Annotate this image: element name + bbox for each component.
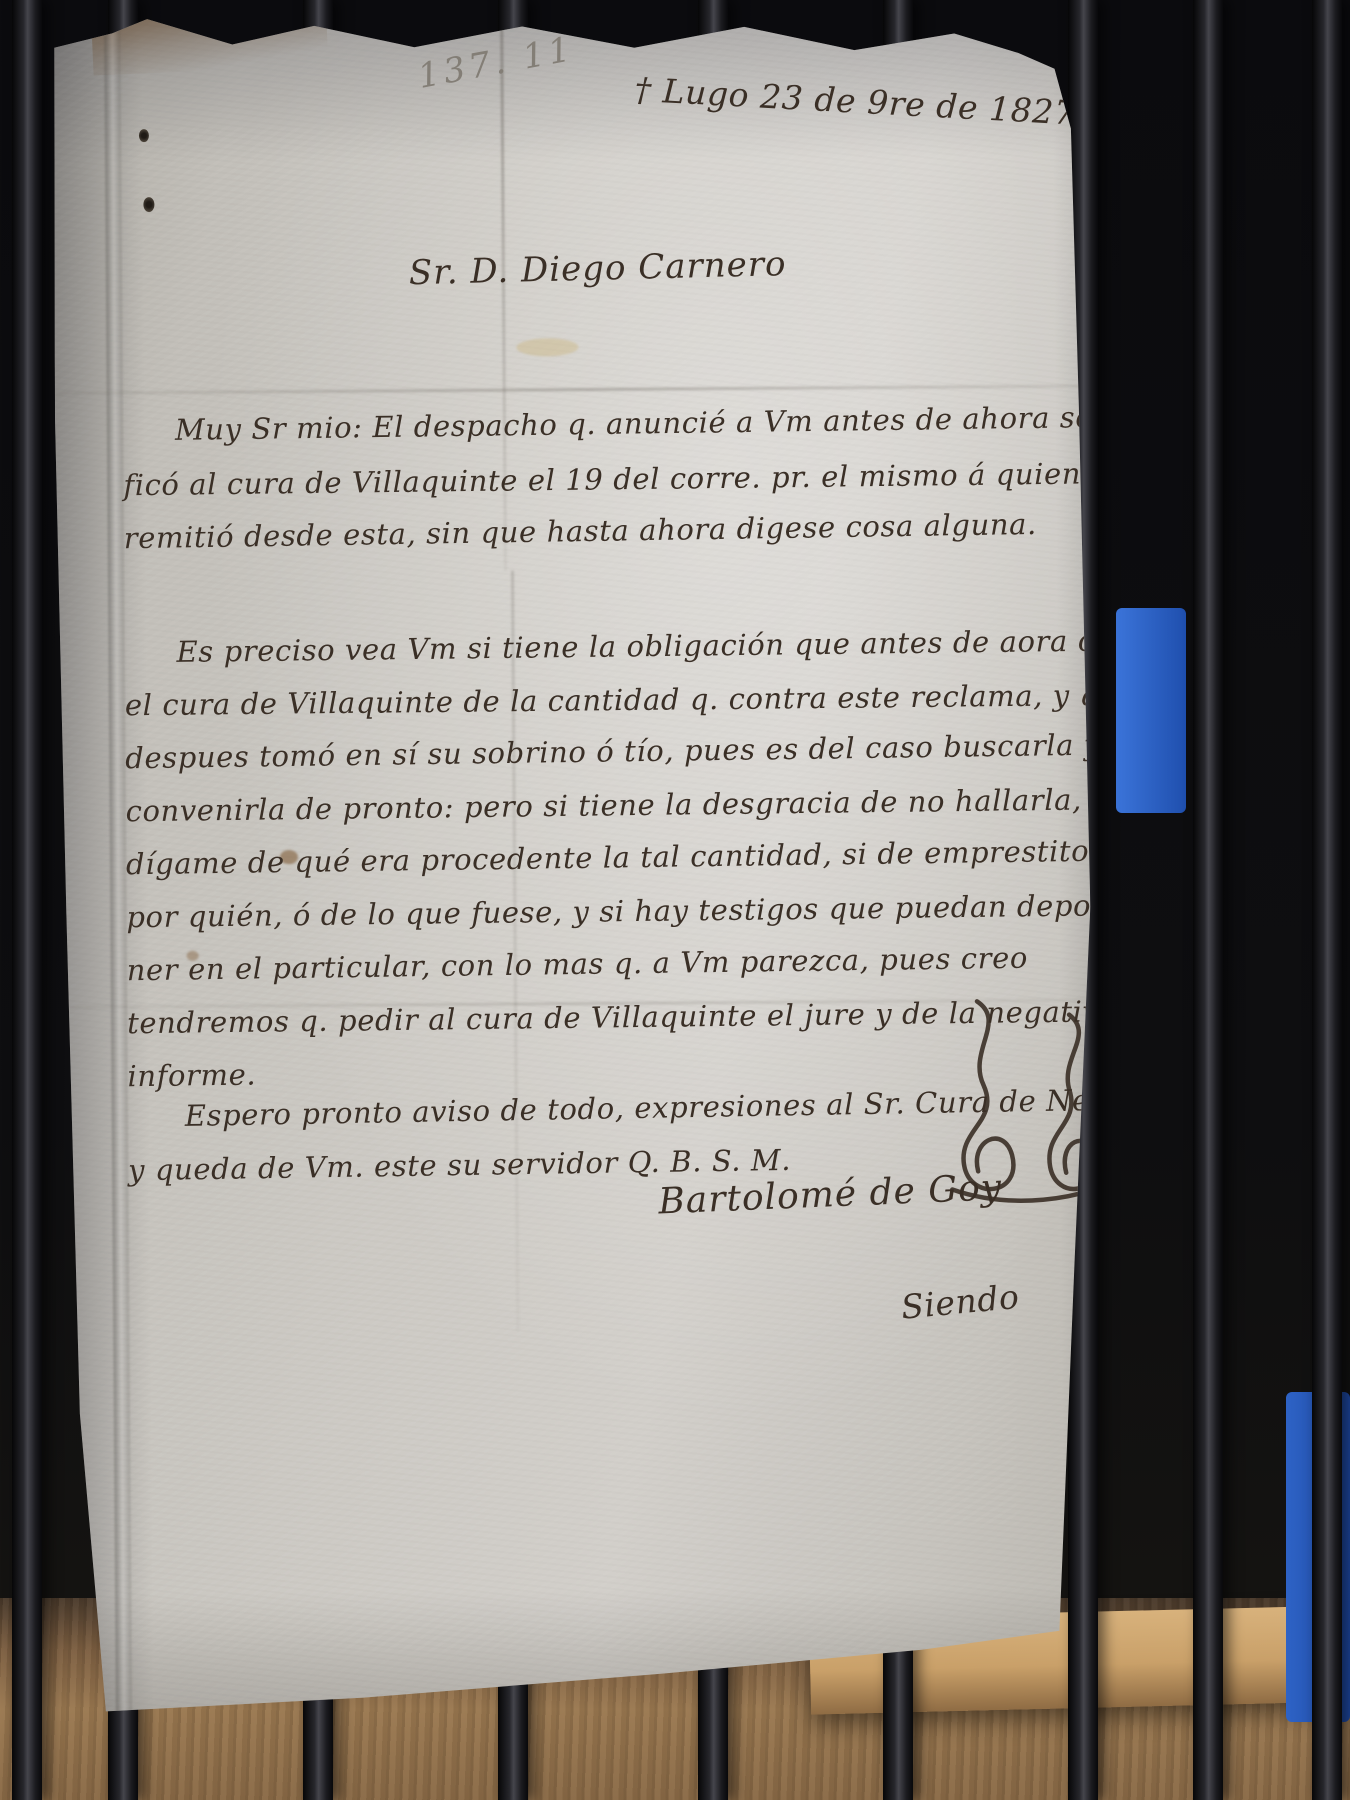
body-line: el cura de Villaquinte de la cantidad q.… — [125, 678, 1136, 723]
worm-hole — [139, 129, 149, 142]
manuscript-paper: 137. 11 † Lugo 23 de 9re de 1827 Sr. D. … — [52, 6, 1134, 1713]
body-line: Es preciso vea Vm si tiene la obligación… — [176, 623, 1178, 669]
blue-container-right — [1116, 608, 1186, 813]
body-line: ficó al cura de Villaquinte el 19 del co… — [123, 456, 1124, 502]
faint-mark — [516, 338, 578, 356]
letter-salutation: Sr. D. Diego Carnero — [408, 244, 787, 293]
body-line: dígame de qué era procedente la tal cant… — [126, 833, 1126, 881]
body-line: por quién, ó de lo que fuese, y si hay t… — [126, 888, 1102, 934]
photo-of-letter: 137. 11 † Lugo 23 de 9re de 1827 Sr. D. … — [0, 0, 1350, 1800]
fence-bar — [12, 0, 42, 1800]
body-line: remitió desde esta, sin que hasta ahora … — [123, 507, 1037, 555]
body-line: Muy Sr mio: El despacho q. anuncié a Vm … — [175, 399, 1173, 447]
horizontal-crease — [55, 384, 1125, 394]
archival-number-pencil: 137. 11 — [415, 29, 577, 97]
body-line: informe. — [127, 1057, 256, 1093]
worm-hole — [143, 197, 154, 212]
fence-bar — [1193, 0, 1223, 1800]
body-line: despues tomó en sí su sobrino ó tío, pue… — [125, 727, 1153, 775]
fence-bar — [1312, 0, 1342, 1800]
letter-dateline: † Lugo 23 de 9re de 1827 — [634, 70, 1077, 133]
bottom-note: Siendo — [899, 1277, 1021, 1327]
body-line: ner en el particular, con lo mas q. a Vm… — [127, 941, 1029, 988]
body-line: convenirla de pronto: pero si tiene la d… — [125, 783, 1082, 829]
